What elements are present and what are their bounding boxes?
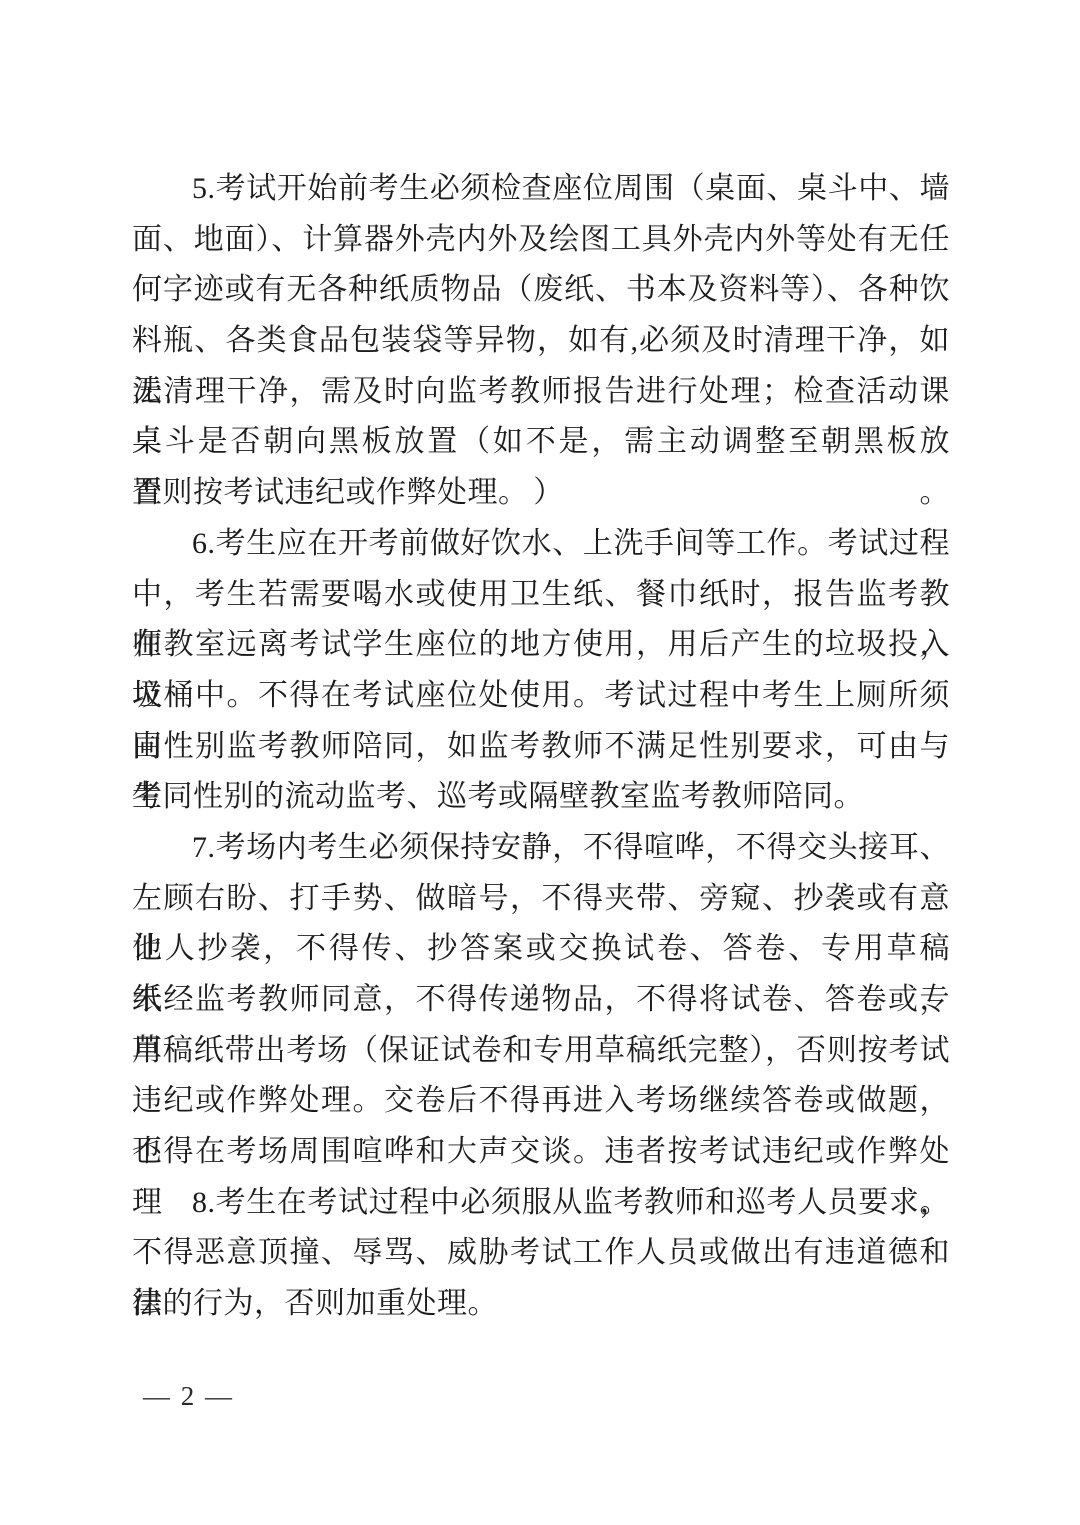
paragraph-rule-5: 5.考试开始前考生必须检查座位周围（桌面、桌斗中、墙 面、地面）、计算器外壳内外…	[132, 164, 950, 519]
text-line: 圾桶中。不得在考试座位处使用。考试过程中考生上厕所须由	[132, 671, 950, 722]
text-line: 生同性别的流动监考、巡考或隔壁教室监考教师陪同。	[132, 772, 950, 823]
document-page: 5.考试开始前考生必须检查座位周围（桌面、桌斗中、墙 面、地面）、计算器外壳内外…	[0, 0, 1080, 1525]
text-line: 草稿纸带出考场（保证试卷和专用草稿纸完整），否则按考试	[132, 1026, 950, 1077]
text-line: 料瓶、各类食品包装袋等异物，如有,必须及时清理干净，如无	[132, 316, 950, 367]
paragraph-rule-6: 6.考生应在开考前做好饮水、上洗手间等工作。考试过程 中，考生若需要喝水或使用卫…	[132, 519, 950, 823]
text-line: 不得恶意顶撞、辱骂、威胁考试工作人员或做出有违道德和法	[132, 1228, 950, 1279]
text-line: 违纪或作弊处理。交卷后不得再进入考场继续答卷或做题，也	[132, 1076, 950, 1127]
text-line: 8.考生在考试过程中必须服从监考教师和巡考人员要求，	[132, 1178, 950, 1229]
text-line: 未经监考教师同意，不得传递物品，不得将试卷、答卷或专用	[132, 975, 950, 1026]
text-line: 何字迹或有无各种纸质物品（废纸、书本及资料等）、各种饮	[132, 265, 950, 316]
text-line: 桌斗是否朝向黑板放置（如不是，需主动调整至朝黑板放置）。	[132, 417, 950, 468]
text-line: 面、地面）、计算器外壳内外及绘图工具外壳内外等处有无任	[132, 215, 950, 266]
page-footer: — 2 —	[143, 1376, 234, 1416]
text-line: 左顾右盼、打手势、做暗号，不得夹带、旁窥、抄袭或有意让	[132, 874, 950, 925]
text-line: 法清理干净，需及时向监考教师报告进行处理；检查活动课桌	[132, 367, 950, 418]
text-line: 在教室远离考试学生座位的地方使用，用后产生的垃圾投入垃	[132, 620, 950, 671]
paragraph-rule-7: 7.考场内考生必须保持安静，不得喧哗，不得交头接耳、 左顾右盼、打手势、做暗号，…	[132, 823, 950, 1178]
text-line: 7.考场内考生必须保持安静，不得喧哗，不得交头接耳、	[132, 823, 950, 874]
text-line: 5.考试开始前考生必须检查座位周围（桌面、桌斗中、墙	[132, 164, 950, 215]
document-body: 5.考试开始前考生必须检查座位周围（桌面、桌斗中、墙 面、地面）、计算器外壳内外…	[132, 164, 950, 1330]
text-line: 律的行为，否则加重处理。	[132, 1279, 950, 1330]
text-line: 中，考生若需要喝水或使用卫生纸、餐巾纸时，报告监考教师，	[132, 570, 950, 621]
text-line: 同性别监考教师陪同，如监考教师不满足性别要求，可由与考	[132, 722, 950, 773]
text-line: 不得在考场周围喧哗和大声交谈。违者按考试违纪或作弊处理。	[132, 1127, 950, 1178]
text-line: 他人抄袭，不得传、抄答案或交换试卷、答卷、专用草稿纸，	[132, 924, 950, 975]
paragraph-rule-8: 8.考生在考试过程中必须服从监考教师和巡考人员要求， 不得恶意顶撞、辱骂、威胁考…	[132, 1178, 950, 1330]
text-line: 6.考生应在开考前做好饮水、上洗手间等工作。考试过程	[132, 519, 950, 570]
page-number: — 2 —	[143, 1381, 234, 1411]
